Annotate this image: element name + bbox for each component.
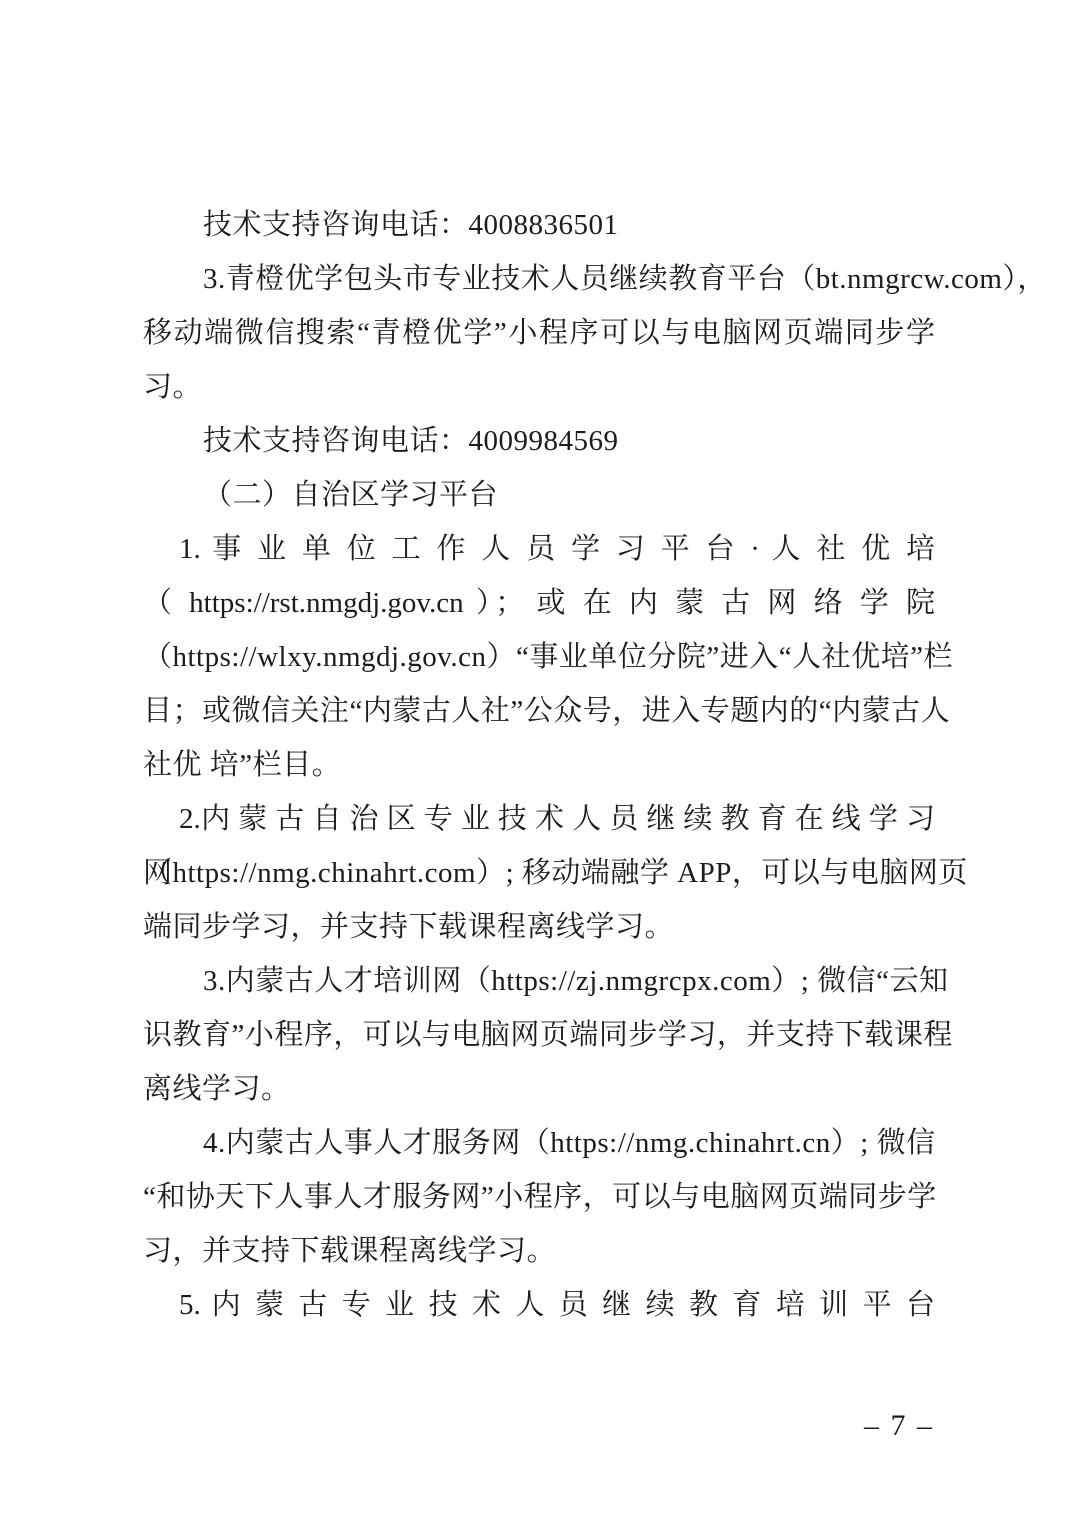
text-line: （https://nmg.chinahrt.com）; 移动端融学 APP，可以…: [143, 846, 935, 900]
text-line: 技术支持咨询电话：4009984569: [143, 414, 935, 468]
text-line: 4.内蒙古人事人才服务网（https://nmg.chinahrt.cn）; 微…: [143, 1116, 935, 1170]
text-line: 离线学习。: [143, 1062, 935, 1116]
text-line: 3.青橙优学包头市专业技术人员继续教育平台（bt.nmgrcw.com），: [143, 252, 935, 306]
text-line: 端同步学习，并支持下载课程离线学习。: [143, 900, 935, 954]
text-line: 识教育”小程序，可以与电脑网页端同步学习，并支持下载课程: [143, 1008, 935, 1062]
text-line: （ https://rst.nmgdj.gov.cn ）； 或 在 内 蒙 古 …: [143, 576, 935, 630]
text-line: 技术支持咨询电话：4008836501: [143, 198, 935, 252]
text-line: 习，并支持下载课程离线学习。: [143, 1224, 935, 1278]
text-line: 3.内蒙古人才培训网（https://zj.nmgrcpx.com）; 微信“云…: [143, 954, 935, 1008]
text-line: （二）自治区学习平台: [143, 468, 935, 522]
text-line: 2.内 蒙 古 自 治 区 专 业 技 术 人 员 继 续 教 育 在 线 学 …: [143, 792, 935, 846]
text-line: 习。: [143, 360, 935, 414]
text-line: 移动端微信搜索“青橙优学”小程序可以与电脑网页端同步学: [143, 306, 935, 360]
page-number: – 7 –: [864, 1406, 934, 1446]
document-body: 技术支持咨询电话：40088365013.青橙优学包头市专业技术人员继续教育平台…: [143, 198, 935, 1332]
document-page: 技术支持咨询电话：40088365013.青橙优学包头市专业技术人员继续教育平台…: [0, 0, 1074, 1520]
text-line: 目；或微信关注“内蒙古人社”公众号，进入专题内的“内蒙古人: [143, 684, 935, 738]
text-line: “和协天下人事人才服务网”小程序，可以与电脑网页端同步学: [143, 1170, 935, 1224]
text-line: 1. 事 业 单 位 工 作 人 员 学 习 平 台 · 人 社 优 培: [143, 522, 935, 576]
text-line: 社优 培”栏目。: [143, 738, 935, 792]
text-line: 5. 内 蒙 古 专 业 技 术 人 员 继 续 教 育 培 训 平 台: [143, 1278, 935, 1332]
text-line: （https://wlxy.nmgdj.gov.cn）“事业单位分院”进入“人社…: [143, 630, 935, 684]
